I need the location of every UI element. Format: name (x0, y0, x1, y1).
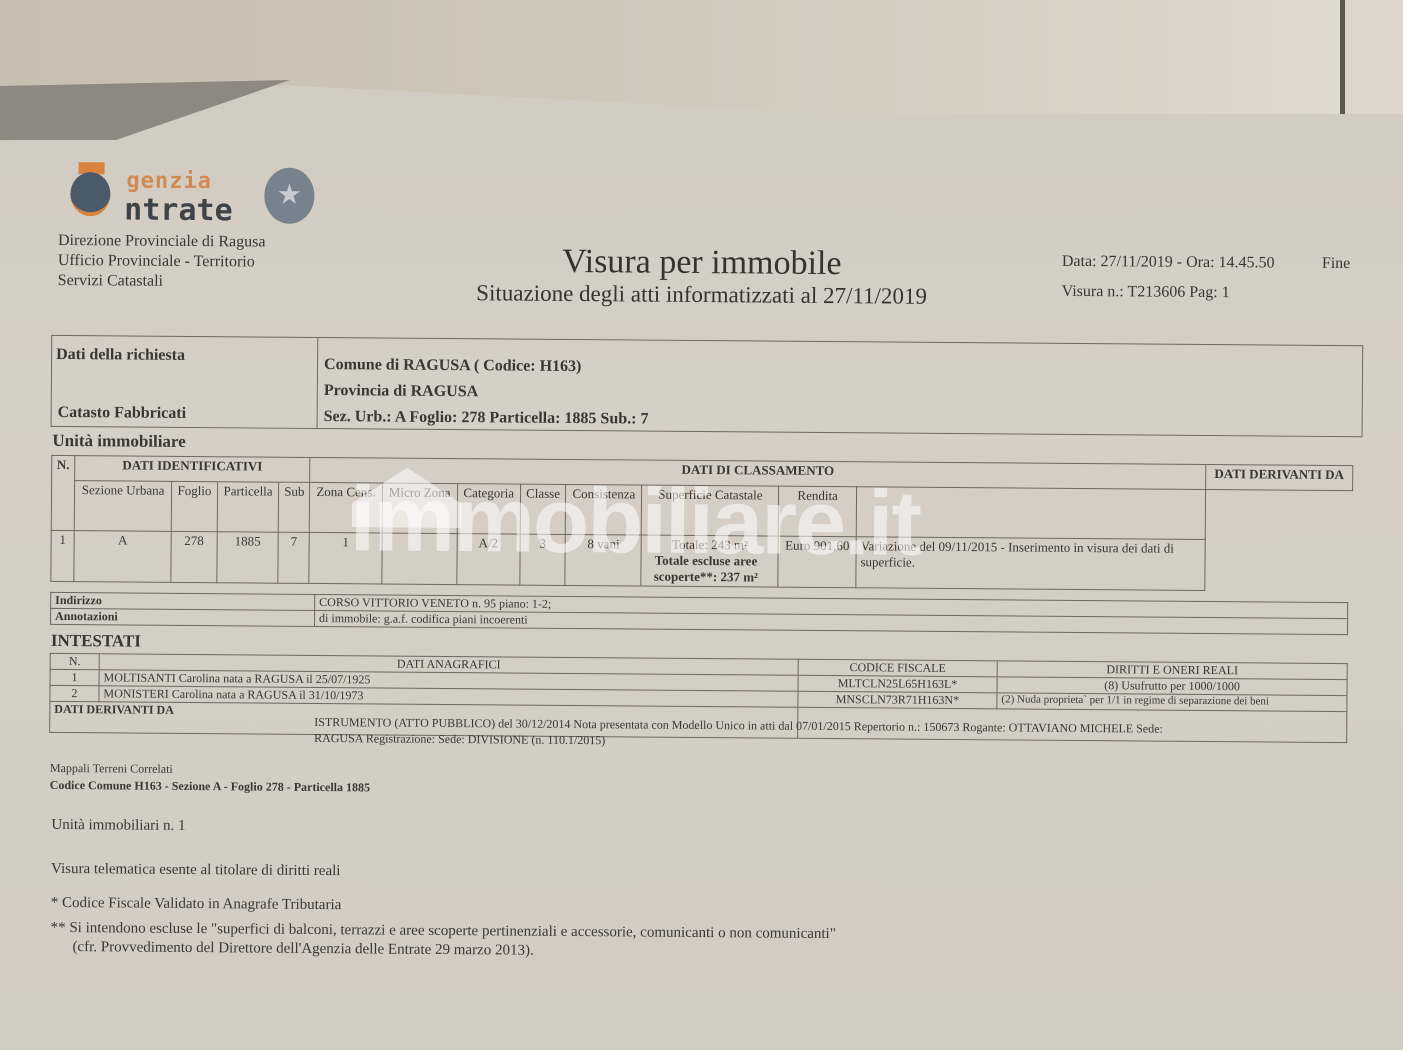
divider (317, 338, 319, 428)
esente-note: Visura telematica esente al titolare di … (51, 861, 341, 880)
group-identificativi: DATI IDENTIFICATIVI (75, 456, 311, 483)
derivanti-label: DATI DERIVANTI DA (54, 702, 304, 719)
cell-codice-fiscale: MNSCLN73R71H163N* (798, 691, 997, 709)
col-particella: Particella (217, 482, 279, 532)
office-line: Ufficio Provinciale - Territorio (58, 251, 266, 273)
footnote-1: * Codice Fiscale Validato in Anagrafe Tr… (51, 895, 342, 914)
indirizzo-label: Indirizzo (51, 592, 315, 610)
col-sezione: Sezione Urbana (74, 481, 172, 532)
document-meta: Data: 27/11/2019 - Ora: 14.45.50 Fine Vi… (1062, 247, 1275, 309)
comune: Comune di RAGUSA ( Codice: H163) (324, 356, 581, 376)
logo-text-top: genzia (126, 168, 212, 194)
unita-heading: Unità immobiliare (52, 431, 185, 452)
request-label: Dati della richiesta (56, 346, 185, 365)
address-table: Indirizzo CORSO VITTORIO VENETO n. 95 pi… (50, 592, 1348, 635)
watermark-text: immobiliare.it (349, 467, 920, 576)
group-derivanti: DATI DERIVANTI DA (1206, 464, 1353, 490)
republic-emblem-icon: ★ (264, 168, 314, 224)
footnote-2-ref: (cfr. Provvedimento del Direttore dell'A… (72, 939, 533, 960)
office-line: Servizi Catastali (58, 271, 266, 293)
cell-n: 1 (50, 669, 99, 685)
cell-n: 2 (50, 685, 99, 701)
logo-globe-icon (70, 172, 110, 216)
cell-codice-fiscale: MLTCLN25L65H163L* (798, 675, 997, 693)
col-foglio: Foglio (171, 481, 217, 531)
request-box: Dati della richiesta Catasto Fabbricati … (51, 335, 1364, 437)
logo-text-bottom: ntrate (124, 192, 233, 228)
document-title: Visura per immobile (442, 242, 962, 284)
col-sub: Sub (279, 482, 310, 532)
cell-sub: 7 (278, 532, 309, 583)
visura-number: Visura n.: T213606 Pag: 1 (1062, 277, 1275, 309)
col-n: N. (50, 653, 99, 669)
sezione-foglio: Sez. Urb.: A Foglio: 278 Particella: 188… (324, 408, 649, 429)
document-subtitle: Situazione degli atti informatizzati al … (442, 280, 962, 310)
cell-particella: 1885 (217, 532, 279, 583)
cell-foglio: 278 (171, 531, 217, 582)
office-block: Direzione Provinciale di Ragusa Ufficio … (58, 231, 266, 293)
mappali-block: Mappali Terreni Correlati Codice Comune … (50, 760, 371, 797)
office-line: Direzione Provinciale di Ragusa (58, 231, 266, 253)
provincia: Provincia di RAGUSA (324, 382, 479, 401)
mappali-codice: Codice Comune H163 - Sezione A - Foglio … (50, 777, 370, 797)
col-codice-fiscale: CODICE FISCALE (798, 659, 997, 677)
agenzia-entrate-logo: genzia ntrate ★ (64, 160, 325, 232)
unita-count: Unità immobiliari n. 1 (51, 817, 185, 835)
cell-sezione: A (74, 531, 172, 583)
annotazioni-label: Annotazioni (51, 608, 315, 626)
intestati-heading: INTESTATI (51, 631, 141, 652)
col-n: N. (51, 455, 75, 530)
derivanti-value: ISTRUMENTO (ATTO PUBBLICO) del 30/12/201… (314, 714, 1163, 753)
document-content: genzia ntrate ★ Direzione Provinciale di… (0, 0, 1403, 1050)
cell-n: 1 (51, 530, 74, 581)
fine-label: Fine (1322, 249, 1351, 279)
date-time: Data: 27/11/2019 - Ora: 14.45.50 (1062, 247, 1275, 279)
catasto-label: Catasto Fabbricati (58, 404, 187, 423)
